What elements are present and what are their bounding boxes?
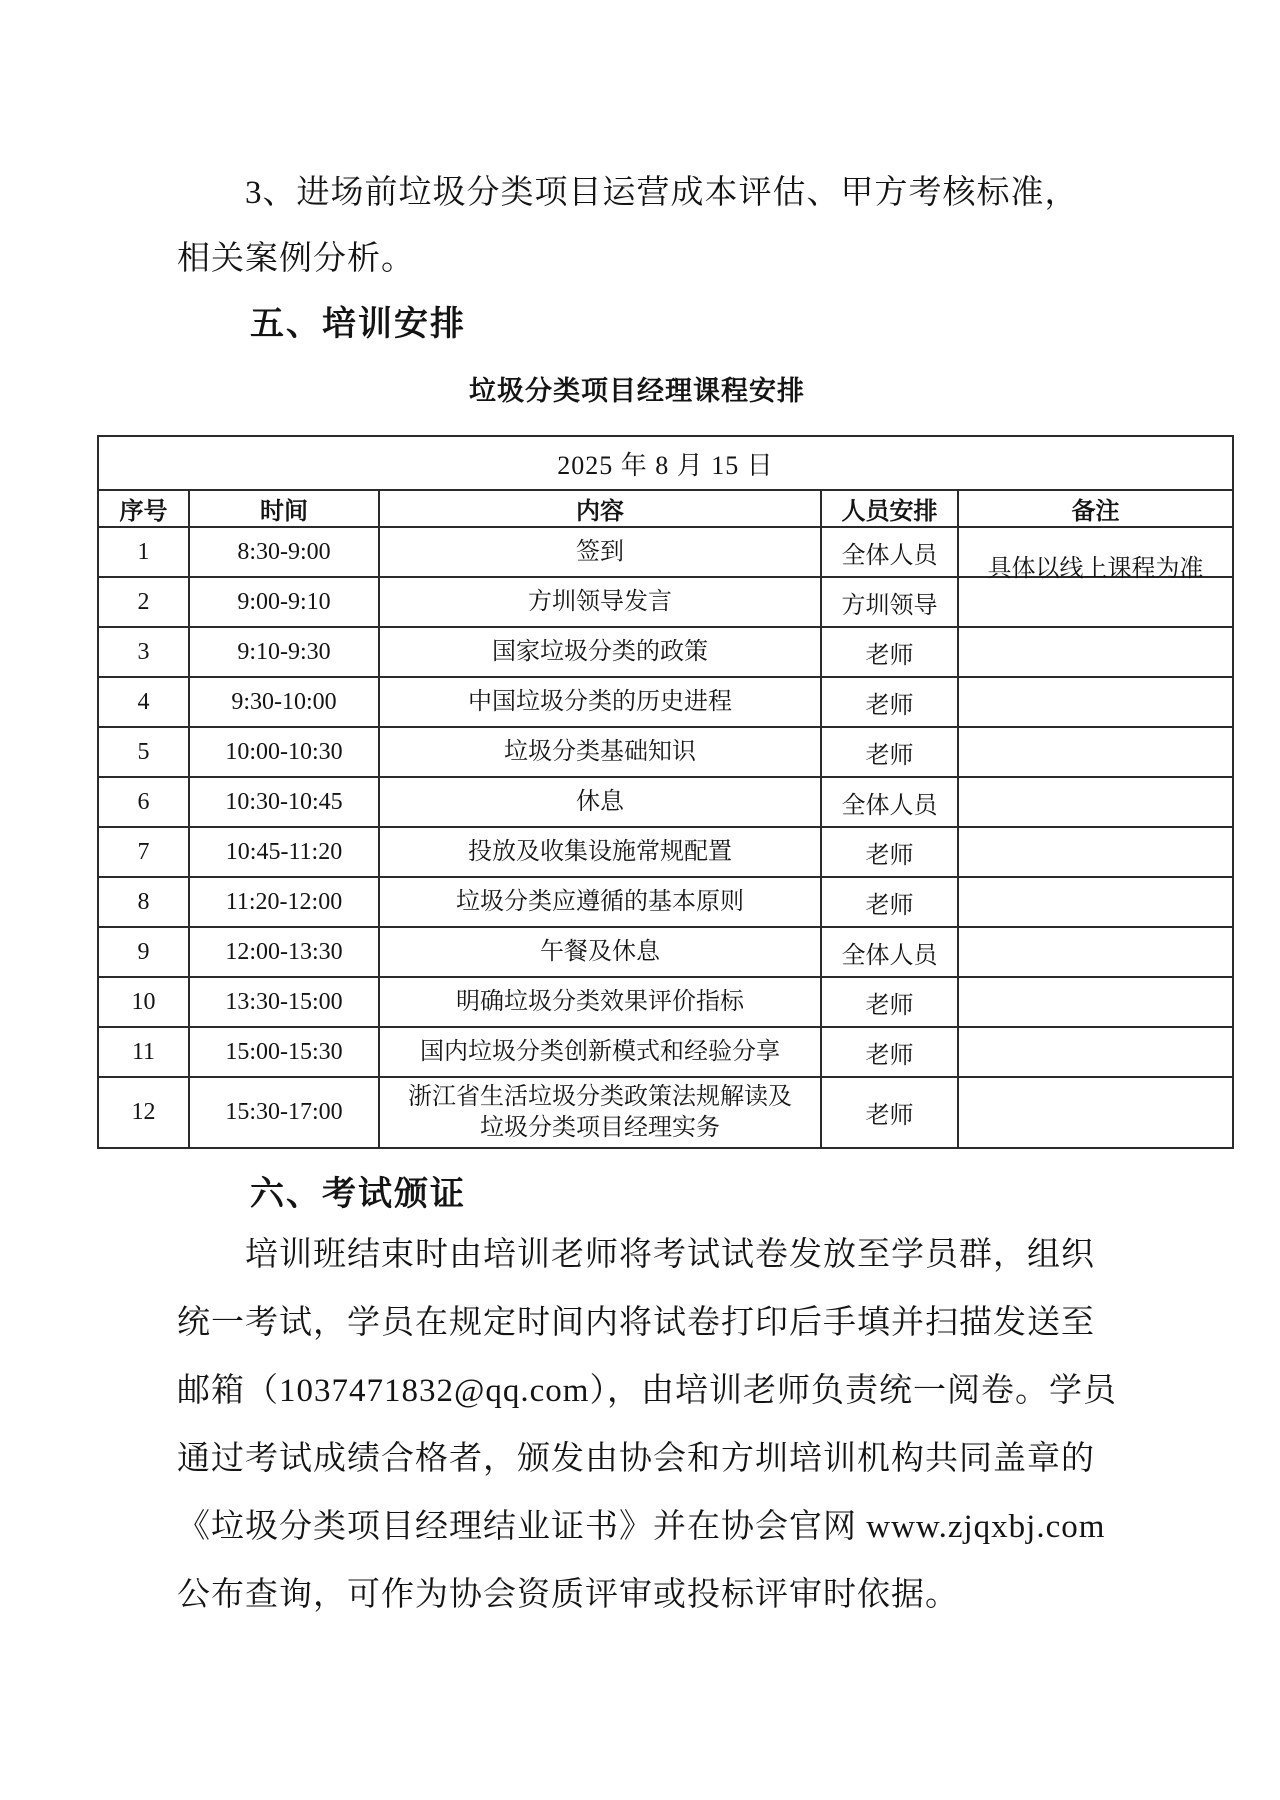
schedule-row-2-no: 2 bbox=[98, 577, 189, 627]
schedule-date-header: 2025 年 8 月 15 日 bbox=[98, 436, 1233, 490]
schedule-row-2: 29:00-9:10方圳领导发言方圳领导 bbox=[98, 577, 1233, 627]
schedule-row-6-no: 6 bbox=[98, 777, 189, 827]
schedule-row-7: 710:45-11:20投放及收集设施常规配置老师 bbox=[98, 827, 1233, 877]
schedule-row-10-staff: 老师 bbox=[821, 977, 958, 1027]
schedule-row-5-time: 10:00-10:30 bbox=[189, 727, 379, 777]
schedule-row-5: 510:00-10:30垃圾分类基础知识老师 bbox=[98, 727, 1233, 777]
schedule-row-8-content: 垃圾分类应遵循的基本原则 bbox=[379, 877, 821, 927]
schedule-row-8-no: 8 bbox=[98, 877, 189, 927]
exam-certification-paragraph-line-6: 公布查询，可作为协会资质评审或投标评审时依据。 bbox=[177, 1561, 1117, 1629]
schedule-row-9: 912:00-13:30午餐及休息全体人员 bbox=[98, 927, 1233, 977]
column-header-staff: 人员安排 bbox=[821, 490, 958, 527]
schedule-row-7-no: 7 bbox=[98, 827, 189, 877]
schedule-row-2-note bbox=[958, 577, 1233, 627]
schedule-row-6-note bbox=[958, 777, 1233, 827]
schedule-row-2-staff: 方圳领导 bbox=[821, 577, 958, 627]
schedule-row-6-staff: 全体人员 bbox=[821, 777, 958, 827]
exam-certification-paragraph: 培训班结束时由培训老师将考试试卷发放至学员群，组织统一考试，学员在规定时间内将试… bbox=[177, 1221, 1117, 1629]
schedule-date-row: 2025 年 8 月 15 日 bbox=[98, 436, 1233, 490]
schedule-row-5-no: 5 bbox=[98, 727, 189, 777]
schedule-row-7-time: 10:45-11:20 bbox=[189, 827, 379, 877]
exam-certification-paragraph-line-3: 邮箱（1037471832@qq.com），由培训老师负责统一阅卷。学员 bbox=[177, 1357, 1117, 1425]
column-header-content: 内容 bbox=[379, 490, 821, 527]
schedule-row-2-content: 方圳领导发言 bbox=[379, 577, 821, 627]
schedule-row-6-content: 休息 bbox=[379, 777, 821, 827]
schedule-row-9-time: 12:00-13:30 bbox=[189, 927, 379, 977]
schedule-row-8-time: 11:20-12:00 bbox=[189, 877, 379, 927]
exam-certification-paragraph-line-5: 《垃圾分类项目经理结业证书》并在协会官网 www.zjqxbj.com bbox=[177, 1493, 1117, 1561]
schedule-column-header-row: 序号时间内容人员安排备注 bbox=[98, 490, 1233, 527]
schedule-row-9-note bbox=[958, 927, 1233, 977]
schedule-row-11-content: 国内垃圾分类创新模式和经验分享 bbox=[379, 1027, 821, 1077]
schedule-row-3-content: 国家垃圾分类的政策 bbox=[379, 627, 821, 677]
schedule-row-4-staff: 老师 bbox=[821, 677, 958, 727]
schedule-row-4: 49:30-10:00中国垃圾分类的历史进程老师 bbox=[98, 677, 1233, 727]
schedule-row-6-time: 10:30-10:45 bbox=[189, 777, 379, 827]
schedule-row-6: 610:30-10:45休息全体人员 bbox=[98, 777, 1233, 827]
schedule-row-8-note bbox=[958, 877, 1233, 927]
schedule-row-5-note bbox=[958, 727, 1233, 777]
schedule-row-10-time: 13:30-15:00 bbox=[189, 977, 379, 1027]
schedule-row-8-staff: 老师 bbox=[821, 877, 958, 927]
heading-training-arrangement: 五、培训安排 bbox=[250, 303, 466, 345]
schedule-row-9-no: 9 bbox=[98, 927, 189, 977]
column-header-index: 序号 bbox=[98, 490, 189, 527]
section3-paragraph-line-2: 相关案例分析。 bbox=[177, 226, 1079, 292]
schedule-row-7-staff: 老师 bbox=[821, 827, 958, 877]
course-schedule-table: 2025 年 8 月 15 日 序号时间内容人员安排备注 18:30-9:00签… bbox=[97, 435, 1234, 1149]
schedule-row-9-content: 午餐及休息 bbox=[379, 927, 821, 977]
schedule-row-10-content: 明确垃圾分类效果评价指标 bbox=[379, 977, 821, 1027]
schedule-row-12: 1215:30-17:00浙江省生活垃圾分类政策法规解读及 垃圾分类项目经理实务… bbox=[98, 1077, 1233, 1148]
section3-paragraph-line-1: 3、进场前垃圾分类项目运营成本评估、甲方考核标准， bbox=[177, 160, 1079, 226]
schedule-row-12-staff: 老师 bbox=[821, 1077, 958, 1148]
schedule-row-11-no: 11 bbox=[98, 1027, 189, 1077]
schedule-row-3-time: 9:10-9:30 bbox=[189, 627, 379, 677]
schedule-row-1: 18:30-9:00签到全体人员具体以线上课程为准 bbox=[98, 527, 1233, 577]
schedule-row-1-time: 8:30-9:00 bbox=[189, 527, 379, 577]
column-header-time: 时间 bbox=[189, 490, 379, 527]
schedule-row-3-no: 3 bbox=[98, 627, 189, 677]
schedule-row-12-note bbox=[958, 1077, 1233, 1148]
schedule-row-9-staff: 全体人员 bbox=[821, 927, 958, 977]
schedule-row-3-staff: 老师 bbox=[821, 627, 958, 677]
schedule-note-text: 具体以线上课程为准 bbox=[988, 548, 1204, 583]
schedule-row-1-staff: 全体人员 bbox=[821, 527, 958, 577]
schedule-row-7-note bbox=[958, 827, 1233, 877]
exam-certification-paragraph-line-2: 统一考试，学员在规定时间内将试卷打印后手填并扫描发送至 bbox=[177, 1289, 1117, 1357]
schedule-row-12-content: 浙江省生活垃圾分类政策法规解读及 垃圾分类项目经理实务 bbox=[379, 1077, 821, 1148]
schedule-row-8: 811:20-12:00垃圾分类应遵循的基本原则老师 bbox=[98, 877, 1233, 927]
schedule-row-3: 39:10-9:30国家垃圾分类的政策老师 bbox=[98, 627, 1233, 677]
schedule-row-2-time: 9:00-9:10 bbox=[189, 577, 379, 627]
schedule-row-11: 1115:00-15:30国内垃圾分类创新模式和经验分享老师 bbox=[98, 1027, 1233, 1077]
schedule-row-4-note bbox=[958, 677, 1233, 727]
schedule-row-4-content: 中国垃圾分类的历史进程 bbox=[379, 677, 821, 727]
exam-certification-paragraph-line-4: 通过考试成绩合格者，颁发由协会和方圳培训机构共同盖章的 bbox=[177, 1425, 1117, 1493]
exam-certification-paragraph-line-1: 培训班结束时由培训老师将考试试卷发放至学员群，组织 bbox=[177, 1221, 1117, 1289]
schedule-row-1-content: 签到 bbox=[379, 527, 821, 577]
schedule-row-5-content: 垃圾分类基础知识 bbox=[379, 727, 821, 777]
schedule-row-11-staff: 老师 bbox=[821, 1027, 958, 1077]
schedule-row-12-no: 12 bbox=[98, 1077, 189, 1148]
schedule-row-1-no: 1 bbox=[98, 527, 189, 577]
schedule-row-11-time: 15:00-15:30 bbox=[189, 1027, 379, 1077]
schedule-row-4-time: 9:30-10:00 bbox=[189, 677, 379, 727]
column-header-note: 备注 bbox=[958, 490, 1233, 527]
schedule-row-10: 1013:30-15:00明确垃圾分类效果评价指标老师 bbox=[98, 977, 1233, 1027]
schedule-row-1-note: 具体以线上课程为准 bbox=[958, 527, 1233, 577]
schedule-row-5-staff: 老师 bbox=[821, 727, 958, 777]
schedule-row-11-note bbox=[958, 1027, 1233, 1077]
schedule-row-4-no: 4 bbox=[98, 677, 189, 727]
schedule-row-7-content: 投放及收集设施常规配置 bbox=[379, 827, 821, 877]
schedule-row-3-note bbox=[958, 627, 1233, 677]
section3-paragraph: 3、进场前垃圾分类项目运营成本评估、甲方考核标准，相关案例分析。 bbox=[177, 160, 1079, 292]
heading-exam-certification: 六、考试颁证 bbox=[250, 1173, 466, 1215]
schedule-table-title: 垃圾分类项目经理课程安排 bbox=[177, 375, 1097, 407]
schedule-row-10-no: 10 bbox=[98, 977, 189, 1027]
schedule-row-10-note bbox=[958, 977, 1233, 1027]
document-page: 3、进场前垃圾分类项目运营成本评估、甲方考核标准，相关案例分析。 五、培训安排 … bbox=[0, 0, 1280, 1800]
schedule-row-12-time: 15:30-17:00 bbox=[189, 1077, 379, 1148]
